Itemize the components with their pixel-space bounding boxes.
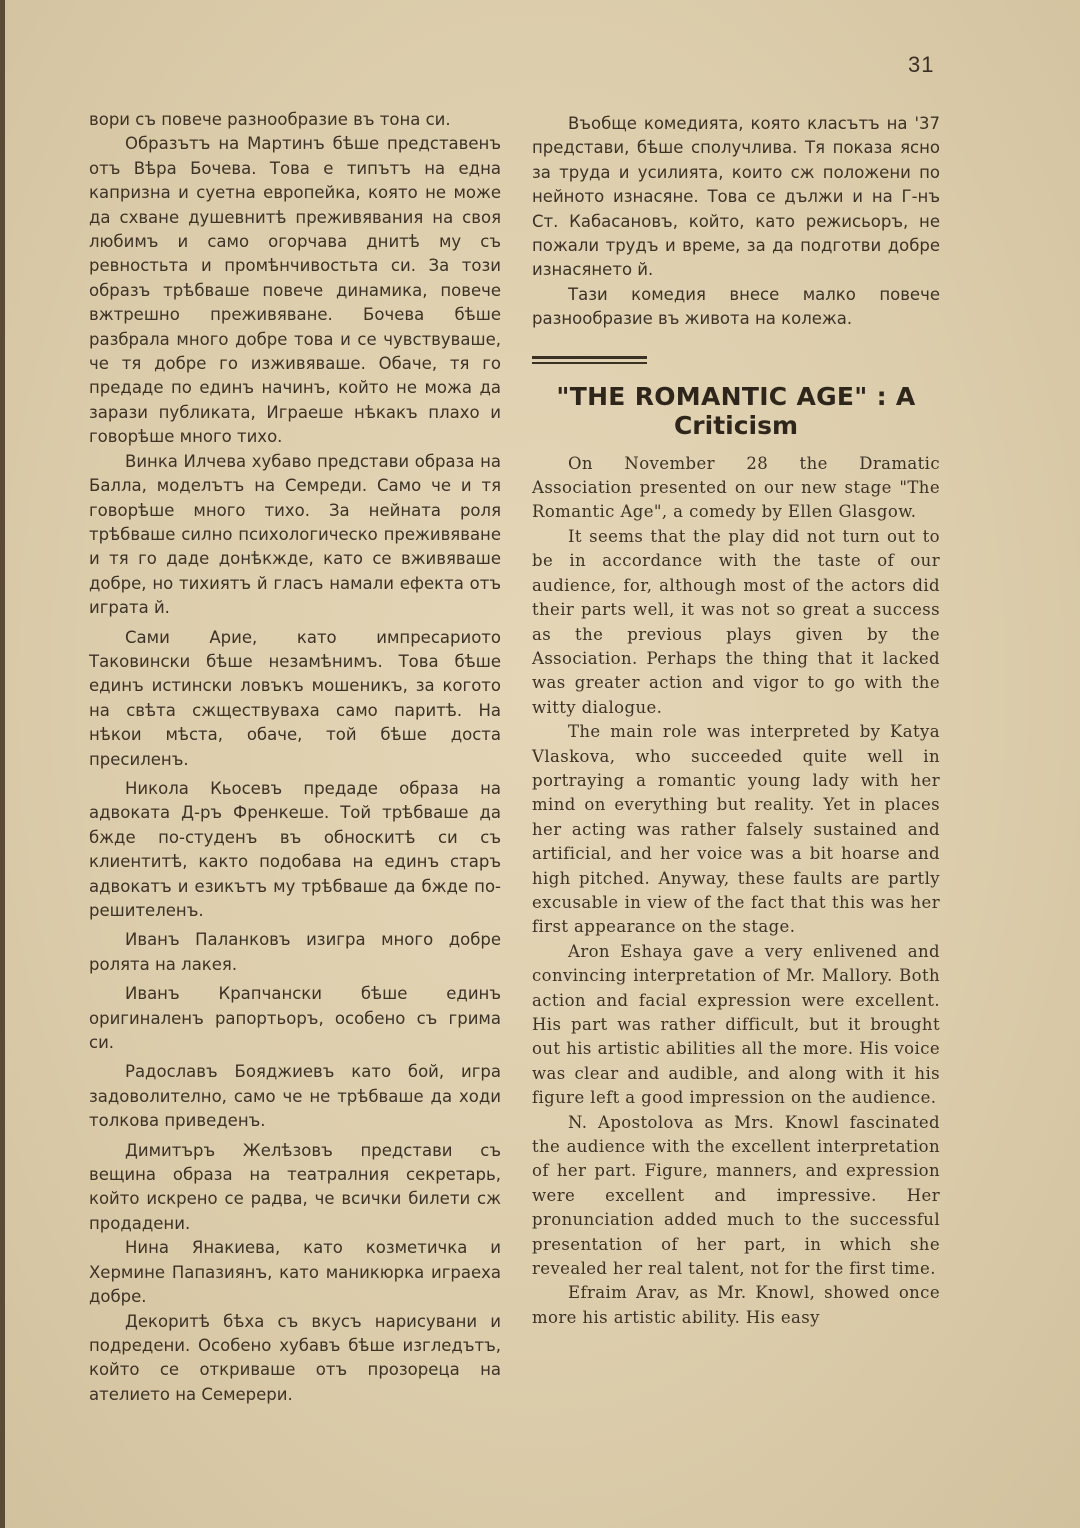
paragraph-martin-role: Образътъ на Мартинъ бѣше представенъ отъ… [89,132,501,449]
paragraph-decorations: Декоритѣ бѣха съ вкусъ нарисувани и подр… [89,1310,501,1408]
article-heading: "THE ROMANTIC AGE" : A Criticism [532,382,940,440]
paragraph-continuation: вори съ повече разнообразие въ тона си. [89,108,501,132]
paragraph-vinka-ilcheva: Винка Илчева хубаво представи образа на … [89,450,501,621]
article-paragraph: Aron Eshaya gave a very enlivened and co… [532,940,940,1111]
article-paragraph: It seems that the play did not turn out … [532,525,940,720]
paragraph-ivan-krapchanski: Иванъ Крапчански бѣше единъ оригиналенъ … [89,982,501,1055]
paragraph-radoslav-boyadzhiev: Радославъ Бояджиевъ като бой, игра задов… [89,1060,501,1133]
article-paragraph: N. Apostolova as Mrs. Knowl fascinated t… [532,1111,940,1282]
paragraph-dimitar-zhelezov: Димитъръ Желѣзовъ представи съ вещина об… [89,1139,501,1237]
section-divider [532,356,647,364]
paragraph-comedy-summary: Въобще комедията, която класътъ на '37 п… [532,112,940,283]
paragraph-nikola-kyosev: Никола Кьосевъ предаде образа на адвокат… [89,777,501,923]
paragraph-sami-arie: Сами Арие, като импресариото Таковински … [89,626,501,772]
paragraph-nina-yanakieva: Нина Янакиева, като козметичка и Хермине… [89,1236,501,1309]
article-paragraph: Efraim Arav, as Mr. Knowl, showed once m… [532,1281,940,1330]
magazine-page: 31 вори съ повече разнообразие въ тона с… [0,0,1080,1528]
left-column: вори съ повече разнообразие въ тона си. … [89,108,501,1407]
page-binding-edge [0,0,5,1528]
paragraph-college-life: Тази комедия внесе малко повече разнообр… [532,283,940,332]
article-paragraph: On November 28 the Dramatic Association … [532,452,940,525]
paragraph-ivan-palankov: Иванъ Паланковъ изигра много добре ролят… [89,928,501,977]
article-title: "THE ROMANTIC AGE" : A [532,382,940,411]
article-subtitle: Criticism [532,411,940,440]
page-number: 31 [908,52,934,78]
article-paragraph: The main role was interpreted by Katya V… [532,720,940,940]
article-body: On November 28 the Dramatic Association … [532,452,940,1331]
right-column: Въобще комедията, която класътъ на '37 п… [532,112,940,1330]
